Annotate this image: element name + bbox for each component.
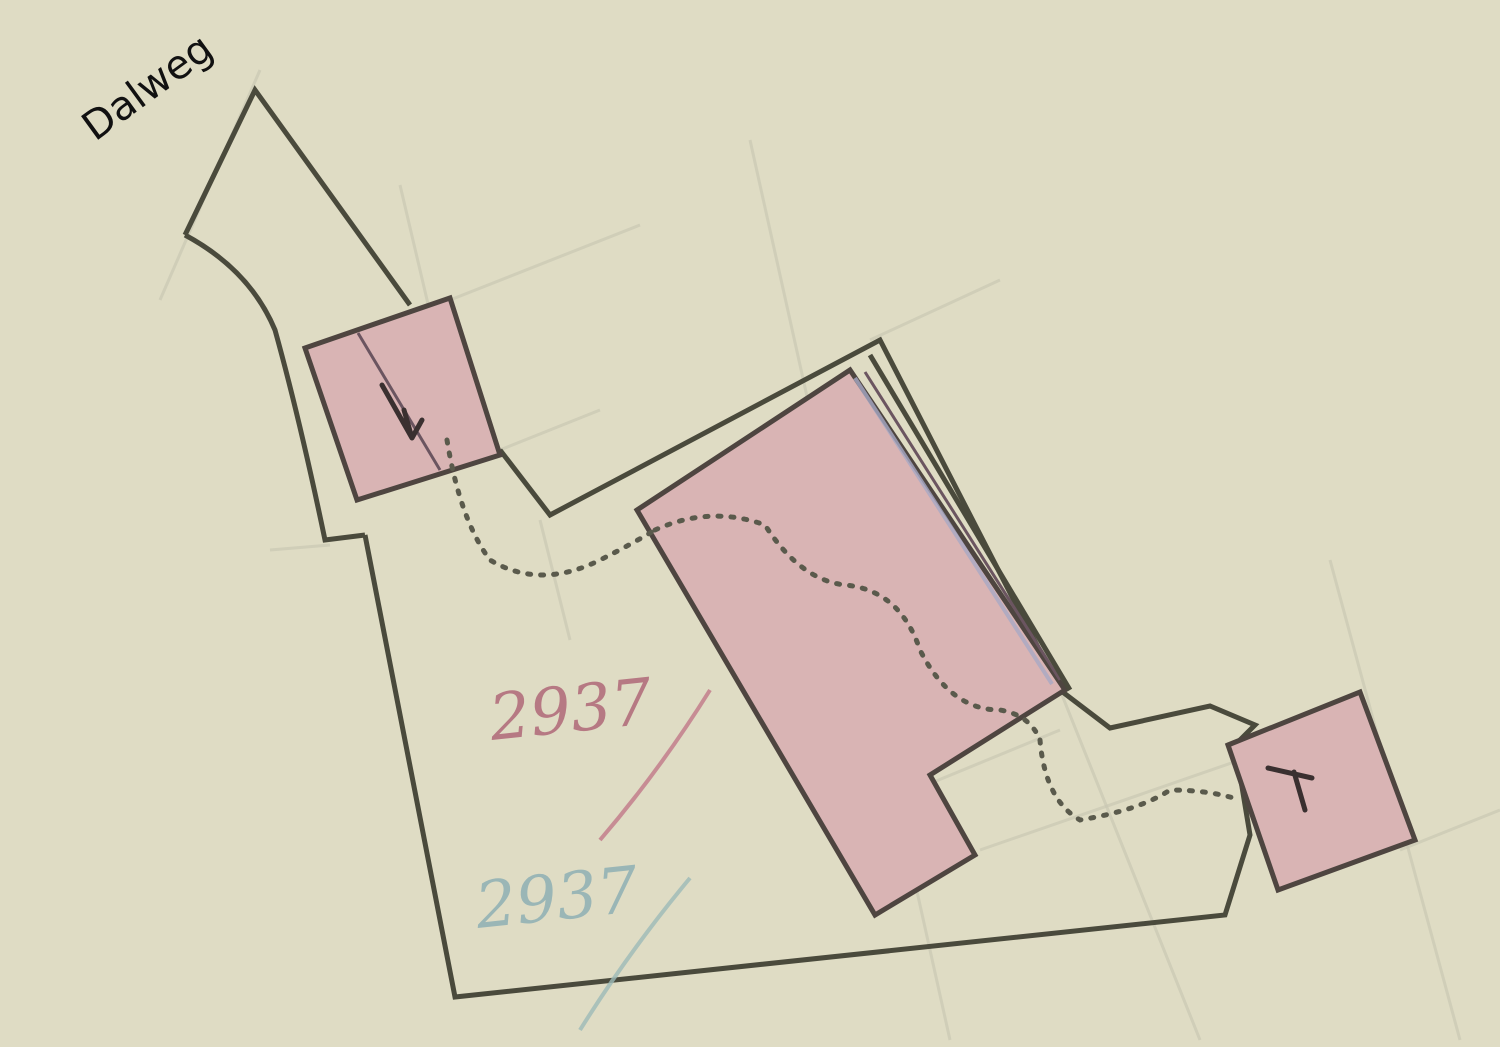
cadastral-map: 2937 2937 Dalweg (0, 0, 1500, 1047)
